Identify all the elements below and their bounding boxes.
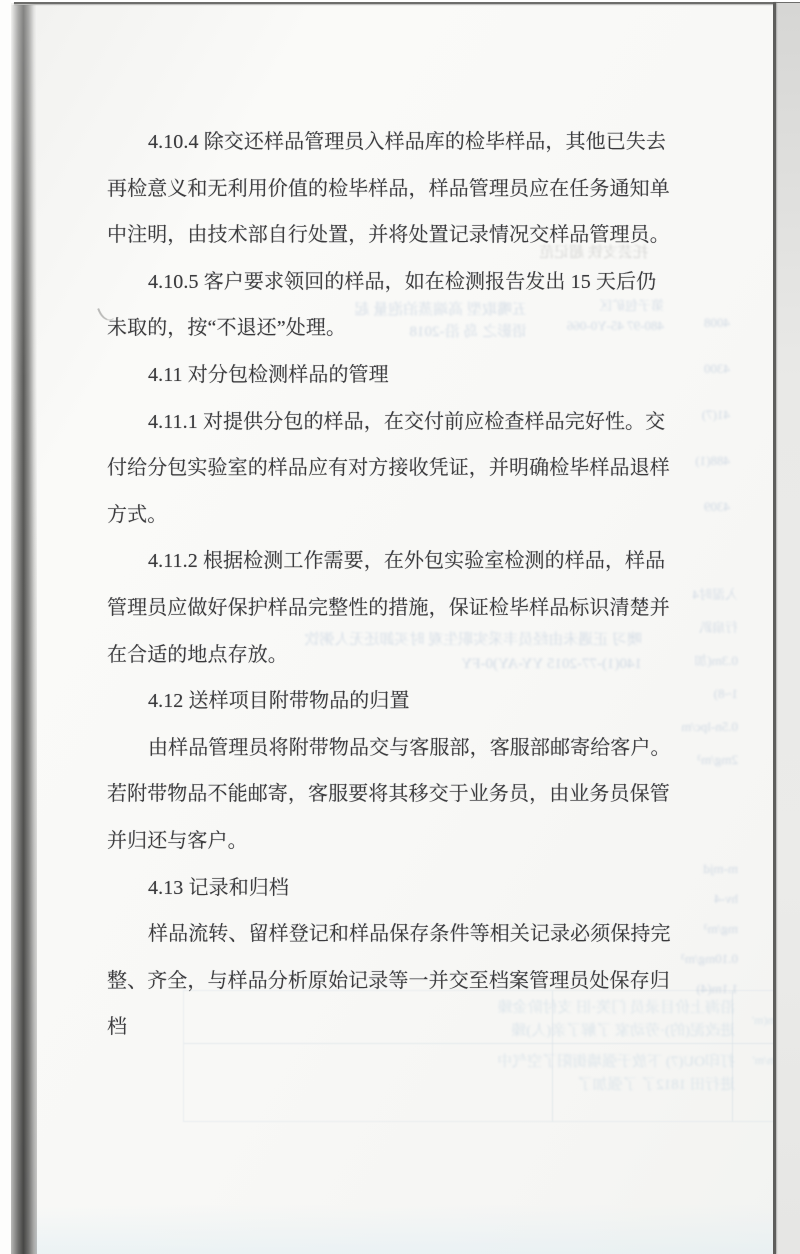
text-line: 4.10.4 除交还样品管理员入样品库的检毕样品，其他已失去 <box>107 119 655 166</box>
text-line: 方式。 <box>107 492 655 539</box>
document-text-column: 4.10.4 除交还样品管理员入样品库的检毕样品，其他已失去再检意义和无利用价值… <box>107 119 655 1051</box>
text-line: 4.11.1 对提供分包的样品，在交付前应检查样品完好性。交 <box>107 399 655 446</box>
scan-left-margin <box>0 0 11 1254</box>
text-line: 样品流转、留样登记和样品保存条件等相关记录必须保持完 <box>107 911 655 958</box>
text-line: 4.11 对分包检测样品的管理 <box>107 352 655 399</box>
text-line: 未取的，按“不退还”处理。 <box>107 305 655 352</box>
text-line: 4.10.5 客户要求领回的样品，如在检测报告发出 15 天后仍 <box>107 259 655 306</box>
text-line: 若附带物品不能邮寄，客服要将其移交于业务员，由业务员保管 <box>107 771 655 818</box>
page-right-edge <box>773 2 776 1254</box>
text-line: 并归还与客户。 <box>107 818 655 865</box>
text-line: 由样品管理员将附带物品交与客服部，客服部邮寄给客户。 <box>107 725 655 772</box>
text-line: 4.12 送样项目附带物品的归置 <box>107 678 655 725</box>
page-top-edge <box>14 2 800 4</box>
text-line: 再检意义和无利用价值的检毕样品，样品管理员应在任务通知单 <box>107 166 655 213</box>
text-line: 付给分包实验室的样品应有对方接收凭证，并明确检毕样品退样 <box>107 445 655 492</box>
text-line: 档 <box>107 1004 655 1051</box>
text-line: 中注明，由技术部自行处置，并将处置记录情况交样品管理员。 <box>107 212 655 259</box>
text-line: 4.13 记录和归档 <box>107 865 655 912</box>
bleed-grid-line <box>732 991 733 1121</box>
text-line: 在合适的地点存放。 <box>107 632 655 679</box>
text-line: 4.11.2 根据检测工作需要，在外包实验室检测的样品，样品 <box>107 538 655 585</box>
text-line: 整、齐全，与样品分析原始记录等一并交至档案管理员处保存归 <box>107 958 655 1005</box>
scanned-page: 托芸支铁 超记范五嘴取型 高端蒸泊泡量 起 语影之 岛 沿-2018第子包矿区 … <box>0 0 800 1254</box>
text-line: 管理员应做好保护样品完整性的措施，保证检毕样品标识清楚并 <box>107 585 655 632</box>
book-spine-shade <box>11 5 37 1254</box>
scan-right-margin <box>776 3 800 1254</box>
